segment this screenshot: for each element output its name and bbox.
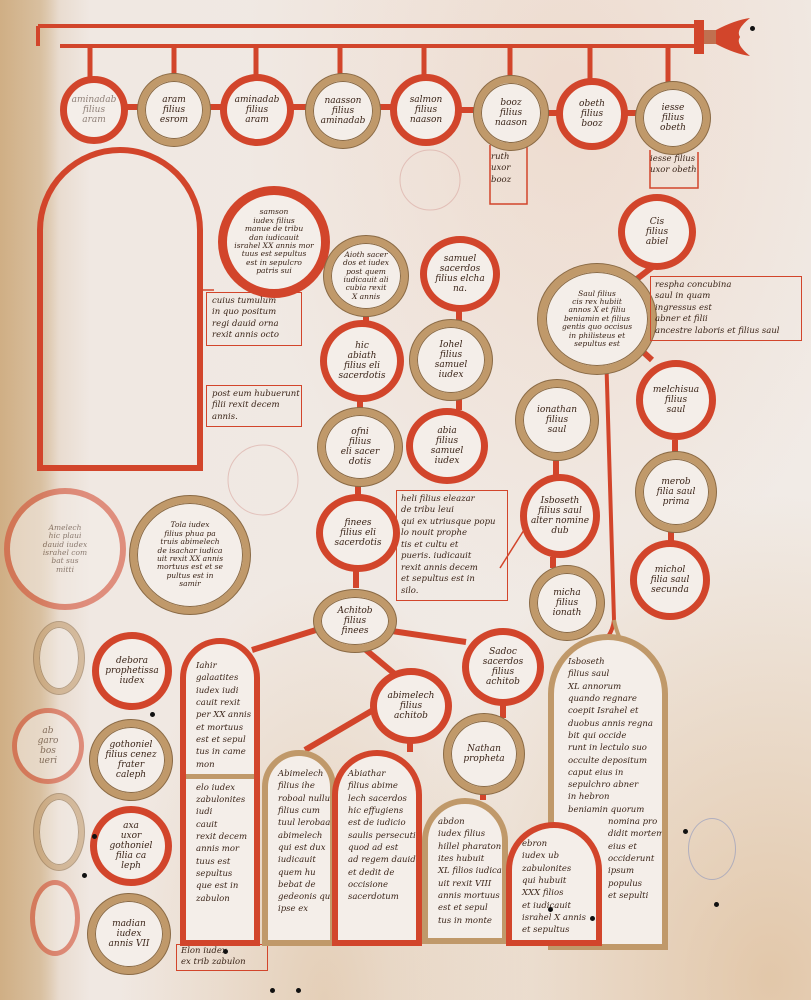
panel-text: iudex ub [522,850,588,862]
roundel-text: filius [163,105,185,115]
roundel-text: madian [112,919,146,929]
panel-text: Abimelech [278,768,322,780]
panel-text: et dedit de [348,867,408,879]
note-text: pueris. iudicauit [401,551,503,562]
roundel-text: X annis [352,293,380,301]
wormhole-icon [150,712,155,717]
roundel-text: frater [118,760,144,770]
panel-text: est et sepul [196,734,246,746]
roundel-text: dotis [349,457,371,467]
panel-divider [186,774,254,779]
roundel-text: finees [341,626,368,636]
roundel-gothoniel: gothoniel filius cenez frater caleph [90,720,172,800]
panel-text: zabulonites [196,794,246,806]
note-text: Elon iudex [181,946,263,957]
roundel-text: abiel [646,237,668,247]
roundel-text: Isboseth [541,496,580,506]
roundel-text: na. [453,284,467,294]
roundel-obeth: obeth filius booz [556,78,628,150]
roundel-debora: debora prophetissa iudex [92,632,172,710]
note-text: rexit annis decem [401,563,503,574]
note-text: in quo positum [212,307,296,318]
roundel-text: dub [551,526,568,536]
roundel-text: merob [661,477,690,487]
panel-text: elo iudex [196,782,246,794]
panel-text: abdon [438,816,494,828]
panel-text: bebat de [278,879,322,891]
note-text: iesse filius [650,154,698,165]
roundel-iohel: Iohel filius samuel iudex [410,320,492,400]
panel-ebron: ebron iudex ub zabulonites qui hubuit XX… [506,822,602,946]
roundel-text: filius [83,105,105,115]
roundel-text: aram [82,115,106,125]
panel-text: occulte depositum [568,755,654,767]
roundel-text: iudex [117,929,142,939]
note-text: silo. [401,586,503,597]
note-text: ex trib zabulon [181,957,263,968]
roundel-text: filius [492,667,514,677]
roundel-text: aminadab [321,116,366,126]
roundel-text: filia saul [657,487,696,497]
roundel-text: filius [662,113,684,123]
panel-text: zabulon [196,893,246,905]
roundel-text: Sadoc [489,647,517,657]
roundel-text: filius [436,436,458,446]
roundel-text: filius elcha [435,274,484,284]
panel-text: filius ihe [278,780,322,792]
roundel-text: ionath [553,608,582,618]
panel-text: lech sacerdos [348,793,408,805]
roundel-text: prima [663,497,690,507]
note-text: uxor [491,163,525,174]
note-text: uxor obeth [650,165,698,176]
roundel-text: aram [162,95,186,105]
roundel-faded-edge-1 [34,622,84,694]
roundel-text: ab [42,726,53,736]
panel-text: annis mor [196,843,246,855]
roundel-text: iudex [120,676,145,686]
note-text: heli filius eleazar [401,494,503,505]
note-elon: Elon iudex ex trib zabulon [176,944,268,971]
roundel-text: finees [344,518,371,528]
roundel-text: naason [410,115,442,125]
roundel-text: filius [344,616,366,626]
roundel-merob: merob filia saul prima [636,452,716,532]
roundel-text: mitti [56,566,74,574]
roundel-nathan: Nathan propheta [444,714,524,794]
roundel-text: iudex [439,370,464,380]
roundel-melchisua: melchisua filius saul [636,360,716,440]
panel-text: est de iudicio [348,817,408,829]
roundel-text: filius [332,106,354,116]
roundel-text: eli sacer [341,447,380,457]
wormhole-icon [590,916,595,921]
panel-text: qui hubuit [522,875,588,887]
roundel-text: aminadab filius [227,95,287,115]
wormhole-icon [683,829,688,834]
roundel-text: filius [349,437,371,447]
roundel-text: aram [245,115,269,125]
note-iesse: iesse filius uxor obeth [648,152,700,179]
panel-text: hillel pharaton [438,841,494,853]
roundel-axa: axa uxor gothoniel filia ca leph [90,806,172,886]
roundel-madian: madian iudex annis VII [88,894,170,974]
roundel-text: sacerdos [440,264,480,274]
roundel-text: obeth [579,99,605,109]
wormhole-icon [750,26,755,31]
panel-text: saulis persecutione [348,830,408,842]
wormhole-icon [296,988,301,993]
panel-text: iudicauit [278,854,322,866]
panel-text: israhel X annis [522,912,588,924]
roundel-text: booz [500,98,521,108]
roundel-text: achitob [394,711,428,721]
panel-text: coepit Israhel et [568,705,654,717]
roundel-aminadab: aminadab filius aram [60,76,128,144]
note-text: respha concubina [655,280,797,291]
roundel-cis: Cis filius abiel [618,194,696,270]
roundel-text: saul [548,425,567,435]
note-text: annis. [212,412,296,423]
roundel-abia: abia filius samuel iudex [406,408,488,484]
panel-text: XXX filios [522,887,588,899]
roundel-text: filius [440,350,462,360]
roundel-abiath: hic abiath filius eli sacerdotis [320,320,404,402]
panel-text: nomina pro [568,816,654,828]
roundel-text: filius [646,227,668,237]
roundel-text: abiath [348,351,377,361]
roundel-sadoc: Sadoc sacerdos filius achitob [462,628,544,706]
panel-abdon: abdon iudex filius hillel pharaton ites … [422,798,508,944]
panel-text: quem hu [278,867,322,879]
panel-text: tus in came [196,746,246,758]
roundel-text: samuel [444,254,477,264]
roundel-text: iudex [435,456,460,466]
roundel-achitob: Achitob filius finees [314,590,396,652]
panel-text: in hebron [568,791,654,803]
roundel-text: salmon [410,95,443,105]
roundel-text: filius [415,105,437,115]
panel-text: per XX annis [196,709,246,721]
roundel-micha: micha filius ionath [530,566,604,640]
panel-iair-elo: Iahir galaatites iudex iudi cauit rexit … [180,638,260,946]
roundel-text: filius eli [340,528,376,538]
roundel-text: annis VII [109,939,150,949]
roundel-text: naasson [325,96,362,106]
roundel-aram: aram filius esrom [138,74,210,146]
panel-text: que est in [196,880,246,892]
panel-text: ad regem dauid [348,854,408,866]
roundel-text: ionathan [537,405,577,415]
roundel-faded-edge-2 [34,794,84,870]
note-text: regi dauid orna [212,319,296,330]
roundel-text: naason [495,118,527,128]
wormhole-icon [714,902,719,907]
panel-text: cauit [196,819,246,831]
roundel-text: abimelech [388,691,435,701]
roundel-saul: Saul filius cis rex hubiit annos X et fi… [538,264,656,374]
roundel-text: samuel [435,360,468,370]
wormhole-icon [548,907,553,912]
roundel-iesse: iesse filius obeth [636,82,710,154]
roundel-ofni: ofni filius eli sacer dotis [318,408,402,486]
roundel-text: filius [400,701,422,711]
roundel-michol: michol filia saul secunda [630,540,710,620]
roundel-text: sacerdotis [335,538,382,548]
panel-text: mon [196,759,246,771]
roundel-text: debora [116,656,148,666]
panel-text: occisione [348,879,408,891]
roundel-text: filius [500,108,522,118]
roundel-text: Cis [650,217,664,227]
roundel-faded-edge-3 [30,880,80,956]
note-text: post eum hubuerunt [212,389,296,400]
roundel-text: aminadab [72,95,117,105]
roundel-abimelech: abimelech filius achitob [370,668,452,744]
panel-text: uit rexit VIII [438,878,494,890]
roundel-samson: samson iudex filius manue de tribu dan i… [218,186,330,298]
note-text: abner et filii [655,314,797,325]
roundel-samuel: samuel sacerdos filius elcha na. [420,236,500,312]
roundel-text: prophetissa [105,666,158,676]
roundel-text: sepultus est [574,340,620,348]
panel-text: caput eius in [568,767,654,779]
panel-text: roboal nullus [278,793,322,805]
note-text: de tribu leui [401,505,503,516]
roundel-text: abia [437,426,456,436]
roundel-text: michol [655,565,686,575]
roundel-text: Achitob [337,606,372,616]
note-text: ruth [491,152,525,163]
panel-abiathar: Abiathar filius abime lech sacerdos hic … [332,750,422,946]
panel-text: tus in monte [438,915,494,927]
panel-text: Iahir [196,660,246,672]
note-samson-sons: post eum hubuerunt filii rexit decem ann… [206,385,302,427]
roundel-text: filius [546,415,568,425]
note-respha: respha concubina saul in quam ingressus … [650,276,802,341]
roundel-text: achitob [486,677,520,687]
roundel-text: bos [40,746,56,756]
manuscript-page: aminadab filius aram aram filius esrom a… [0,0,811,1000]
roundel-isboseth: Isboseth filius saul alter nomine dub [520,474,600,558]
roundel-text: alter nomine [531,516,589,526]
roundel-text: saul [667,405,686,415]
roundel-naasson: naasson filius aminadab [306,74,380,148]
roundel-booz: booz filius naason [474,76,548,150]
panel-text: bit qui occide [568,730,654,742]
roundel-text: gothoniel [110,740,153,750]
roundel-text: filius [556,598,578,608]
roundel-text: caleph [116,770,146,780]
note-samson-tomb: cuius tumulum in quo positum regi dauid … [206,292,302,346]
note-text: cuius tumulum [212,296,296,307]
roundel-text: micha [553,588,581,598]
panel-text: beniamin quorum [568,804,654,816]
roundel-text: uxor [121,831,142,841]
panel-text: ebron [522,838,588,850]
roundel-text: propheta [463,754,504,764]
wormhole-icon [82,873,87,878]
panel-text: ipse ex [278,903,322,915]
panel-text: filius saul [568,668,654,680]
rod-finial-icon [694,18,750,56]
roundel-text: samuel [431,446,464,456]
panel-text: est et sepul [438,902,494,914]
panel-text: iudex filius [438,828,494,840]
roundel-text: hic [355,341,369,351]
note-ruth: ruth uxor booz [488,150,528,188]
note-text: lo nouit prophe [401,528,503,539]
wormhole-icon [92,834,97,839]
panel-text: XL filios iudica [438,865,494,877]
panel-text: cauit rexit [196,697,246,709]
panel-text: et mortuus [196,722,246,734]
panel-abimelech: Abimelech filius ihe roboal nullus filiu… [262,750,336,946]
panel-text: et iudicauit [522,900,588,912]
roundel-text: axa [123,821,139,831]
panel-text: gedeonis quod [278,891,322,903]
roundel-text: leph [121,861,141,871]
roundel-text: filia ca [116,851,146,861]
roundel-text: obeth [660,123,686,133]
panel-text: iudi [196,806,246,818]
roundel-text: filius cenez [105,750,156,760]
roundel-text: filius [581,109,603,119]
roundel-text: filius [665,395,687,405]
panel-text: sepultus [196,868,246,880]
roundel-text: filius eli [344,361,380,371]
panel-text: quando regnare [568,693,654,705]
roundel-text: ofni [351,427,368,437]
roundel-text: samir [179,580,200,588]
roundel-aioth: Aioth sacer dos et iudex post quem iudic… [324,236,408,316]
note-text: et sepultus est in [401,574,503,585]
panel-text: ites hubuit [438,853,494,865]
note-text: filii rexit decem [212,400,296,411]
roundel-ionathan: ionathan filius saul [516,380,598,460]
panel-text: abimelech [278,830,322,842]
roundel-salmon: salmon filius naason [390,74,462,146]
roundel-text: garo [38,736,59,746]
note-text: ingressus est [655,303,797,314]
note-heli: heli filius eleazar de tribu leui qui ex… [396,490,508,601]
roundel-text: sacerdos [483,657,523,667]
panel-text: galaatites [196,672,246,684]
panel-text: runt in lectulo suo [568,742,654,754]
panel-text: quod ad est [348,842,408,854]
panel-text: iudex iudi [196,685,246,697]
panel-text: tuus est [196,856,246,868]
note-text: qui ex utriusque popu [401,517,503,528]
roundel-aminadab-2: aminadab filius aram [220,74,294,146]
wormhole-icon [223,949,228,954]
roundel-text: iesse [662,103,685,113]
roundel-faded-amelech: Amelech hic plaui dauid iudex israhel co… [4,488,126,610]
panel-text: qui est dux [278,842,322,854]
library-stamp-icon [688,818,736,880]
roundel-text: esrom [160,115,188,125]
roundel-text: melchisua [653,385,699,395]
roundel-text: booz [581,119,602,129]
note-text: tis et cultu et [401,540,503,551]
roundel-text: ueri [39,756,57,766]
note-text: booz [491,175,525,186]
roundel-text: filius saul [538,506,582,516]
note-text: saul in quam [655,291,797,302]
roundel-finees: finees filius eli sacerdotis [316,494,400,572]
panel-text: tuul lerobaal [278,817,322,829]
panel-text: annis mortuus [438,890,494,902]
panel-text: rexit decem [196,831,246,843]
roundel-text: secunda [651,585,689,595]
note-text: rexit annis octo [212,330,296,341]
wormhole-icon [270,988,275,993]
roundel-faded-garo: ab garo bos ueri [12,708,84,784]
roundel-text: patris sui [256,267,292,275]
roundel-text: filia saul [651,575,690,585]
panel-text: Isboseth [568,656,654,668]
panel-text: zabulonites [522,863,588,875]
panel-text: filius abime [348,780,408,792]
panel-text: sepulchro abner [568,779,654,791]
roundel-text: Iohel [440,340,463,350]
roundel-text: Nathan [467,744,501,754]
roundel-text: sacerdotis [339,371,386,381]
panel-text: et sepultus [522,924,588,936]
panel-text: hic effugiens [348,805,408,817]
panel-text: duobus annis regna [568,718,654,730]
panel-text: XL annorum [568,681,654,693]
panel-text: filius cum [278,805,322,817]
panel-text: Abiathar [348,768,408,780]
panel-text: sacerdotum [348,891,408,903]
note-text: ancestre laboris et filius saul [655,326,797,337]
roundel-text: gothoniel [110,841,153,851]
roundel-tola: Tola iudex filius phua pa truis abimelec… [130,496,250,614]
